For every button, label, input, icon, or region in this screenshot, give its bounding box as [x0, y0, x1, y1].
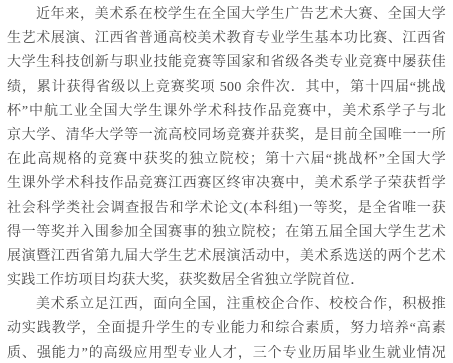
text-line: 社会科学类社会调查报告和学术论文(本科组)一等奖，是全省唯一获 — [7, 197, 446, 221]
paragraph-achievements: 近年来，美术系在校学生在全国大学生广告艺术大赛、全国大学 生艺术展演、江西省普通… — [7, 3, 446, 293]
text-line: 动实践教学，全面提升学生的专业能力和综合素质，努力培养“高素 — [7, 317, 446, 341]
text-line: 大学生科技创新与职业技能竞赛等国家和省级各类专业竞赛中屡获佳 — [7, 51, 446, 75]
text-line: 在此高规格的竞赛中获奖的独立院校；第十六届“挑战杯”全国大学 — [7, 148, 446, 172]
document-page: 近年来，美术系在校学生在全国大学生广告艺术大赛、全国大学 生艺术展演、江西省普通… — [0, 0, 453, 363]
paragraph-training: 美术系立足江西，面向全国，注重校企合作、校校合作，积极推 动实践教学，全面提升学… — [7, 293, 446, 363]
text-line: 生课外学术科技作品竞赛江西赛区终审决赛中，美术系学子荣获哲学 — [7, 172, 446, 196]
text-line: 美术系立足江西，面向全国，注重校企合作、校校合作，积极推 — [7, 293, 446, 317]
text-line: 京大学、清华大学等一流高校同场竞赛并获奖，是目前全国唯一一所 — [7, 124, 446, 148]
text-line: 杯”中航工业全国大学生课外学术科技作品竞赛中，美术系学子与北 — [7, 100, 446, 124]
text-line: 质、强能力”的高级应用型专业人才，三个专业历届毕业生就业情况 — [7, 342, 446, 363]
text-line: 近年来，美术系在校学生在全国大学生广告艺术大赛、全国大学 — [7, 3, 446, 27]
text-line: 生艺术展演、江西省普通高校美术教育专业学生基本功比赛、江西省 — [7, 27, 446, 51]
text-line: 展演暨江西省第九届大学生艺术展演活动中，美术系选送的两个艺术 — [7, 245, 446, 269]
text-line: 绩，累计获得省级以上竞赛奖项 500 余件次．其中，第十四届“挑战 — [7, 76, 446, 100]
text-line: 实践工作坊项目均获大奖，获奖数居全省独立学院首位． — [7, 269, 446, 293]
text-line: 得一等奖并入围参加全国赛事的独立院校；在第五届全国大学生艺术 — [7, 221, 446, 245]
